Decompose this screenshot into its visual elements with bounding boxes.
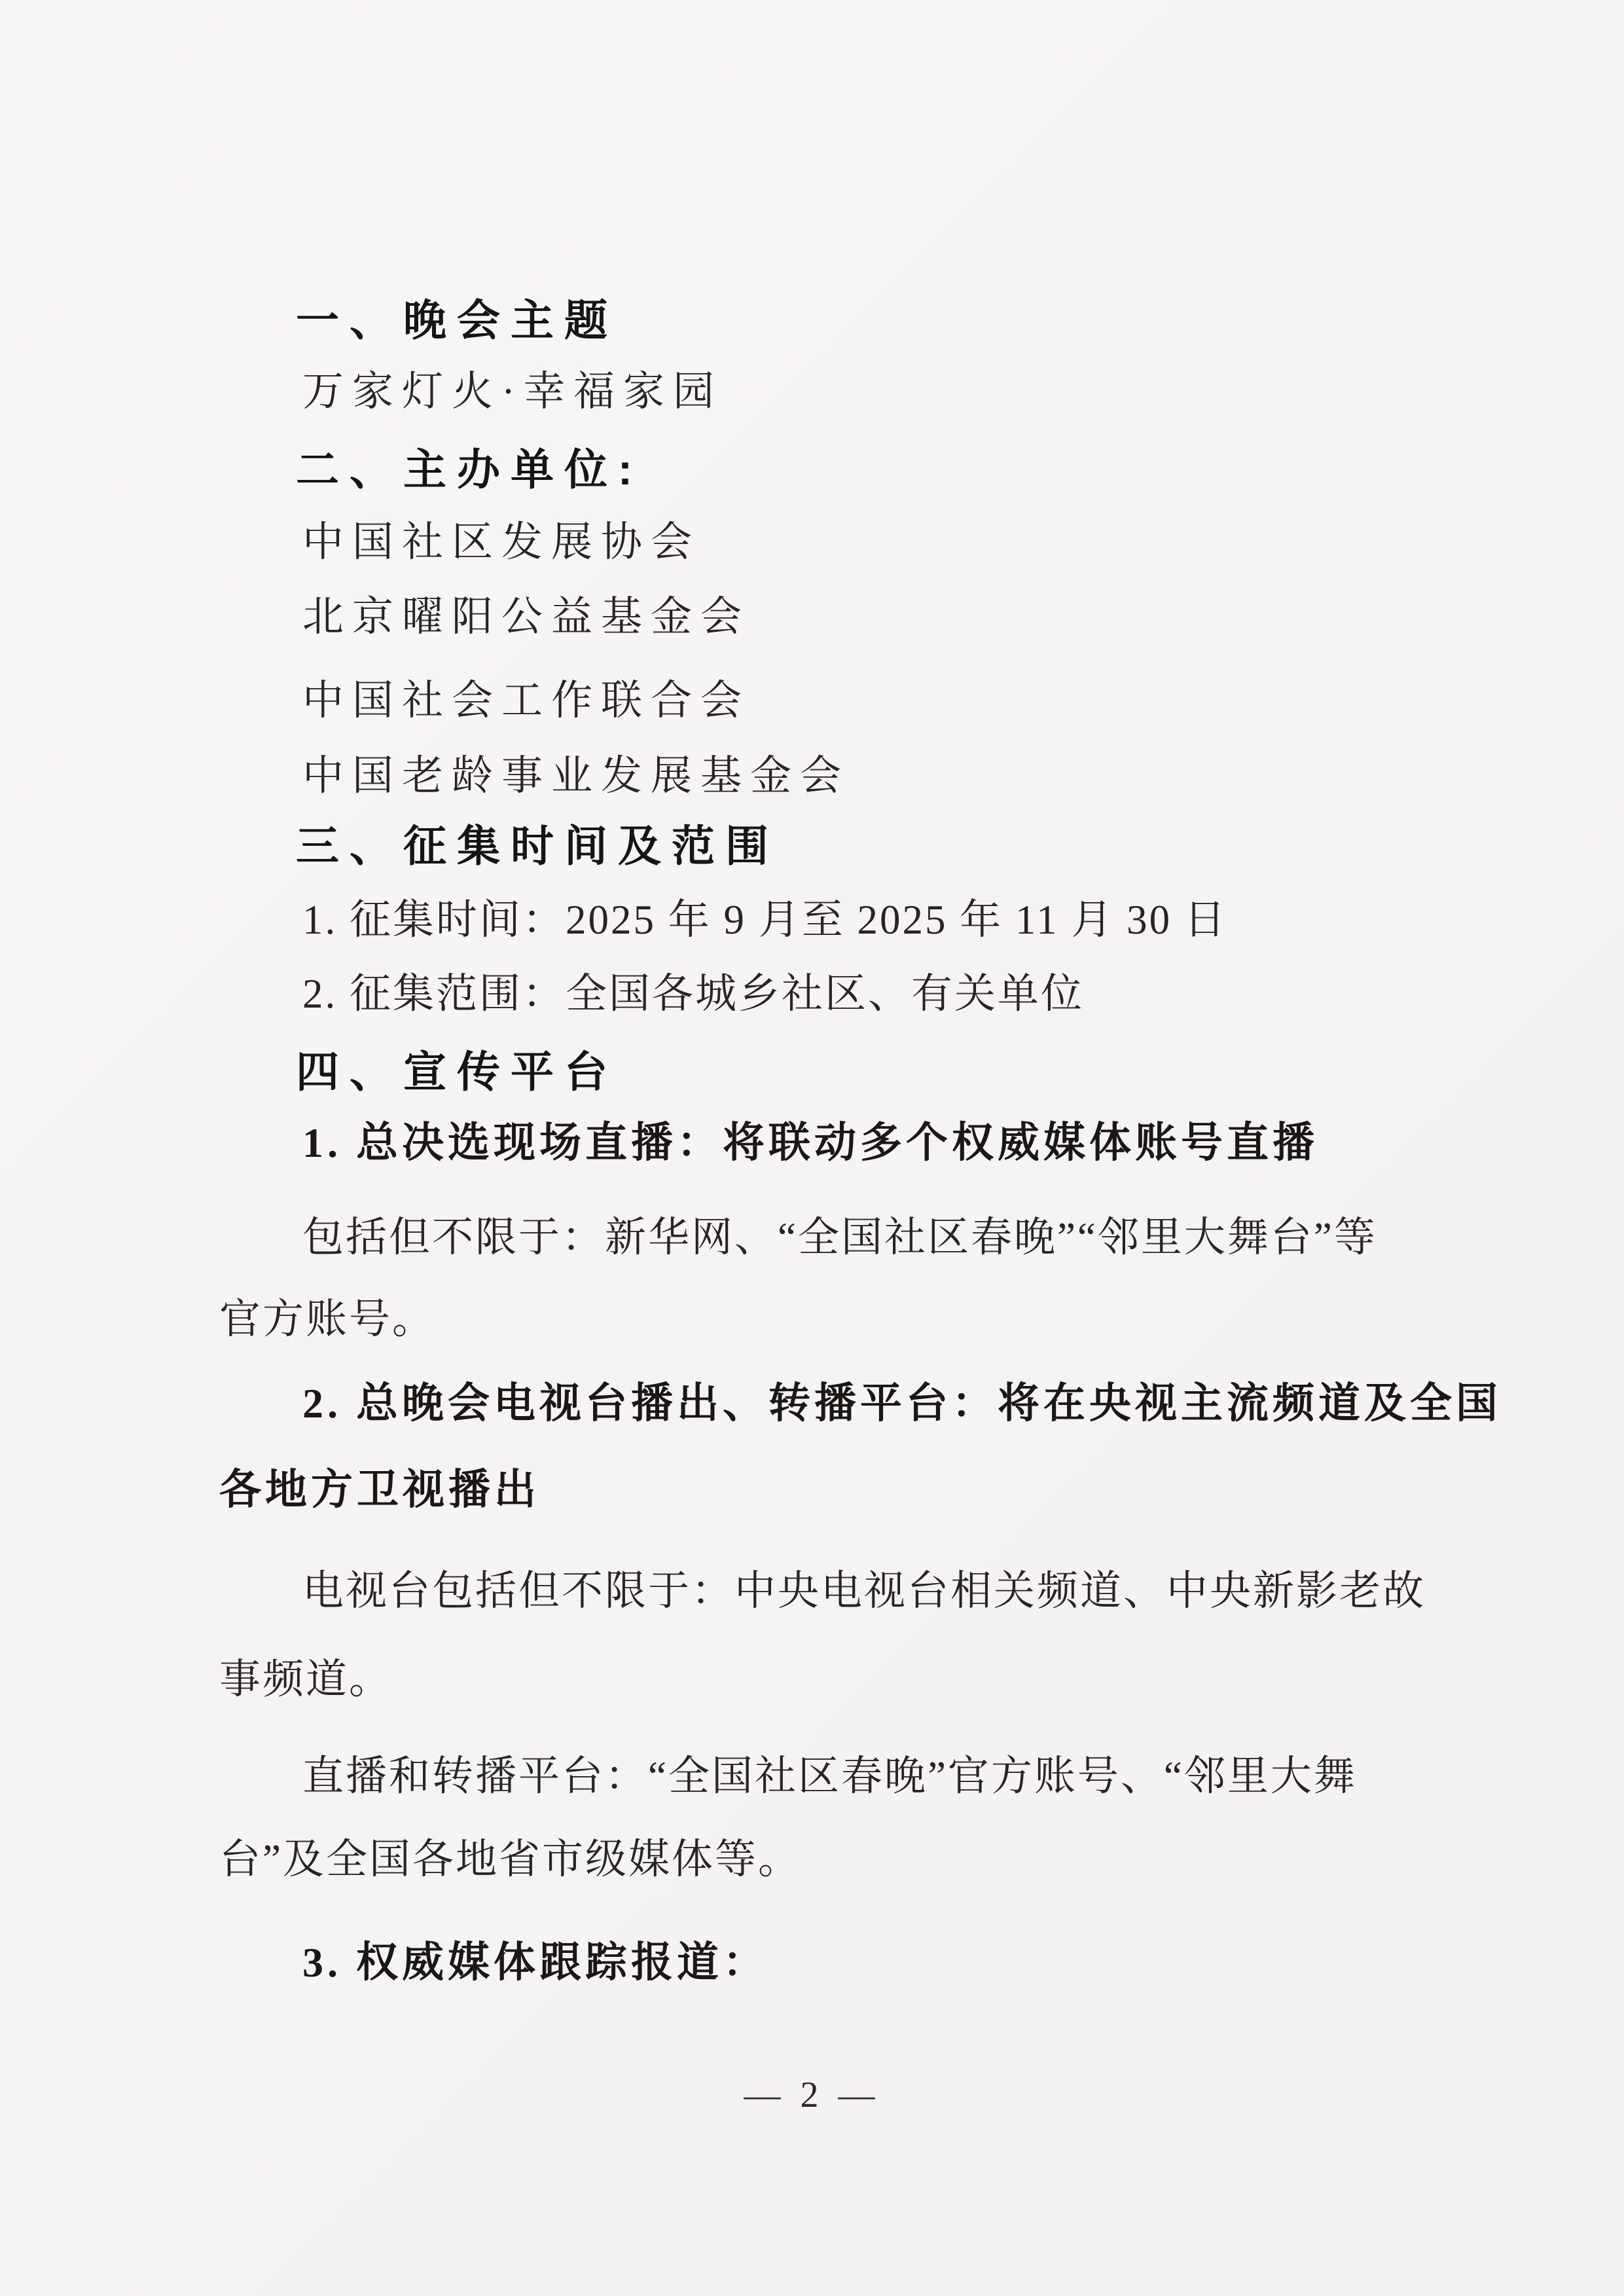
platform-item-2-tv-text-line-2: 事频道。 (219, 1659, 392, 1700)
section-4-heading: 四、宣传平台 (296, 1050, 618, 1093)
platform-item-2-heading-line-2: 各地方卫视播出 (219, 1469, 540, 1511)
section-3-heading: 三、征集时间及范围 (296, 824, 779, 867)
platform-item-1-text-line-2: 官方账号。 (219, 1299, 435, 1340)
platform-item-1-text-line-1: 包括但不限于：新华网、“全国社区春晚”“邻里大舞台”等 (302, 1217, 1377, 1258)
organizer-item-3: 中国社会工作联合会 (302, 680, 750, 721)
page-number: — 2 — (0, 2077, 1624, 2113)
organizer-item-4: 中国老龄事业发展基金会 (302, 756, 850, 797)
platform-item-3-heading: 3. 权威媒体跟踪报道： (302, 1942, 768, 1984)
platform-item-2-tv-text-line-1: 电视台包括但不限于：中央电视台相关频道、中央新影老故 (302, 1571, 1426, 1612)
platform-item-2-relay-text-line-2: 台”及全国各地省市级媒体等。 (219, 1839, 801, 1880)
platform-item-1-heading: 1. 总决选现场直播：将联动多个权威媒体账号直播 (302, 1122, 1318, 1164)
document-page: 一、晚会主题 万家灯火·幸福家园 二、主办单位: 中国社区发展协会 北京曜阳公益… (0, 0, 1624, 2296)
gala-theme-text: 万家灯火·幸福家园 (302, 371, 723, 412)
organizer-item-2: 北京曜阳公益基金会 (302, 596, 750, 638)
platform-item-2-heading-line-1: 2. 总晚会电视台播出、转播平台：将在央视主流频道及全国 (302, 1383, 1502, 1425)
collection-scope-item: 2. 征集范围：全国各城乡社区、有关单位 (302, 974, 1084, 1015)
section-1-heading: 一、晚会主题 (296, 299, 618, 342)
section-2-heading: 二、主办单位: (296, 448, 643, 491)
platform-item-2-relay-text-line-1: 直播和转播平台：“全国社区春晚”官方账号、“邻里大舞 (302, 1756, 1357, 1797)
organizer-item-1: 中国社区发展协会 (302, 522, 700, 563)
collection-time-item: 1. 征集时间：2025 年 9 月至 2025 年 11 月 30 日 (302, 900, 1227, 941)
